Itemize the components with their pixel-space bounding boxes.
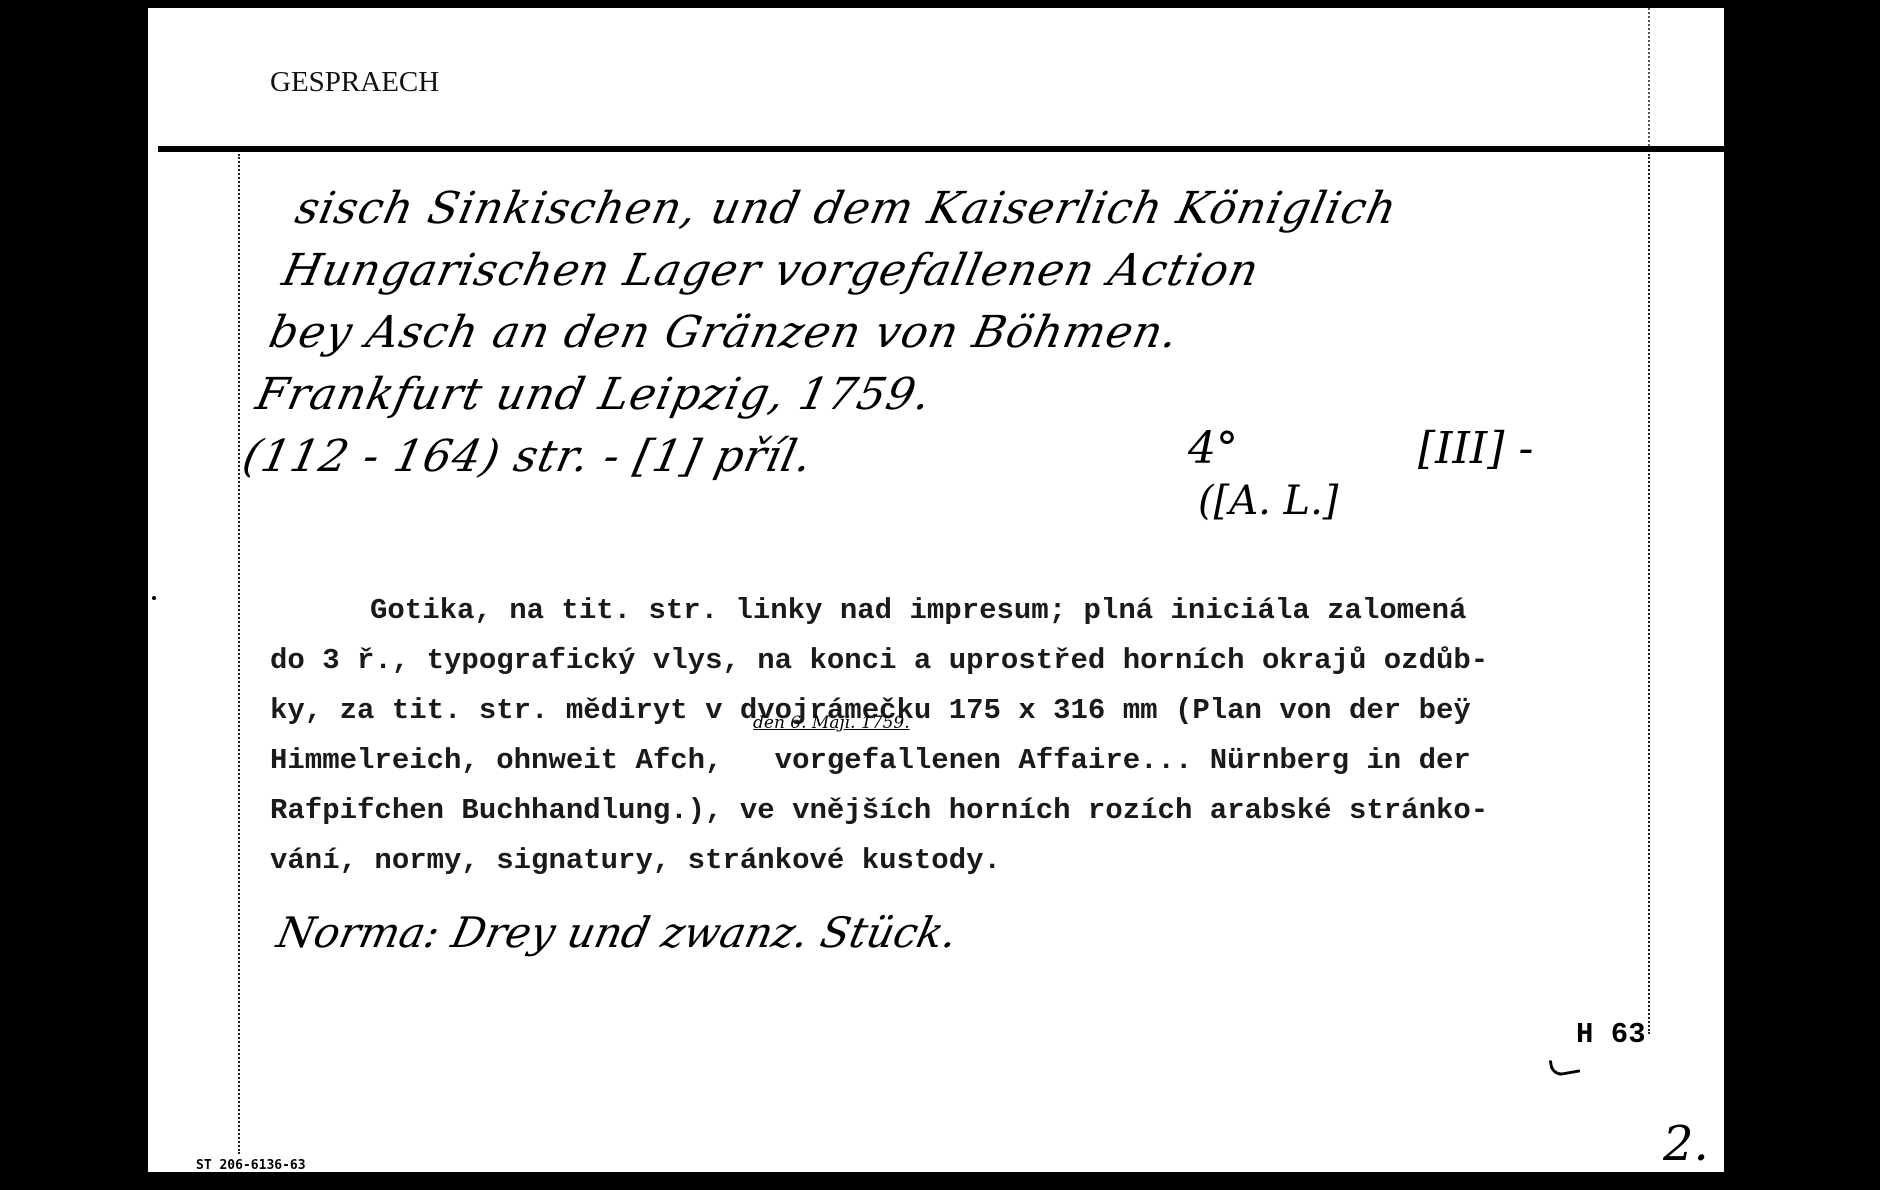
insertion-annotation: den 6. Maji. 1759. bbox=[753, 713, 910, 733]
page-number: 2. bbox=[1663, 1116, 1709, 1172]
speck bbox=[152, 596, 156, 600]
check-mark-icon bbox=[1549, 1056, 1581, 1078]
heading-rule bbox=[158, 146, 1724, 152]
handwritten-title-line: Frankfurt und Leipzig, 1759. bbox=[250, 364, 1363, 426]
margin-line-right-top bbox=[1648, 8, 1650, 146]
typed-line: do 3 ř., typografický vlys, na konci a u… bbox=[270, 636, 1660, 686]
handwritten-collation: [III] - bbox=[1418, 423, 1533, 474]
margin-line-left bbox=[238, 154, 240, 1154]
catalog-card: GESPRAECH sisch Sinkischen, und dem Kais… bbox=[148, 8, 1724, 1172]
handwritten-title-line: Hungarischen Lager vorgefallenen Action bbox=[277, 240, 1390, 302]
handwritten-norm-note: Norma: Drey und zwanz. Stück. bbox=[273, 908, 962, 957]
shelf-mark: H 63 bbox=[1576, 1018, 1646, 1051]
typed-line: Rafpifchen Buchhandlung.), ve vnějších h… bbox=[270, 786, 1660, 836]
handwritten-title-line: (112 - 164) str. - [1] příl. bbox=[237, 426, 1350, 488]
typed-line: ky, za tit. str. mědiryt v dvojrámečku 1… bbox=[270, 686, 1660, 736]
typed-line: Himmelreich, ohnweit Afch, vorgefallenen… bbox=[270, 736, 1660, 786]
card-heading: GESPRAECH bbox=[270, 66, 439, 99]
handwritten-initials: ([A. L.] bbox=[1198, 478, 1338, 524]
handwritten-title-line: bey Asch an den Gränzen von Böhmen. bbox=[263, 302, 1376, 364]
typed-line: Gotika, na tit. str. linky nad impresum;… bbox=[270, 586, 1660, 636]
typed-line: vání, normy, signatury, stránkové kustod… bbox=[270, 836, 1660, 886]
typed-description: Gotika, na tit. str. linky nad impresum;… bbox=[270, 586, 1660, 886]
form-code: ST 206-6136-63 bbox=[196, 1158, 306, 1173]
handwritten-title-line: sisch Sinkischen, und dem Kaiserlich Kön… bbox=[290, 178, 1403, 240]
handwritten-format: 4° bbox=[1188, 423, 1238, 474]
scan-border-bottom bbox=[0, 1172, 1880, 1190]
